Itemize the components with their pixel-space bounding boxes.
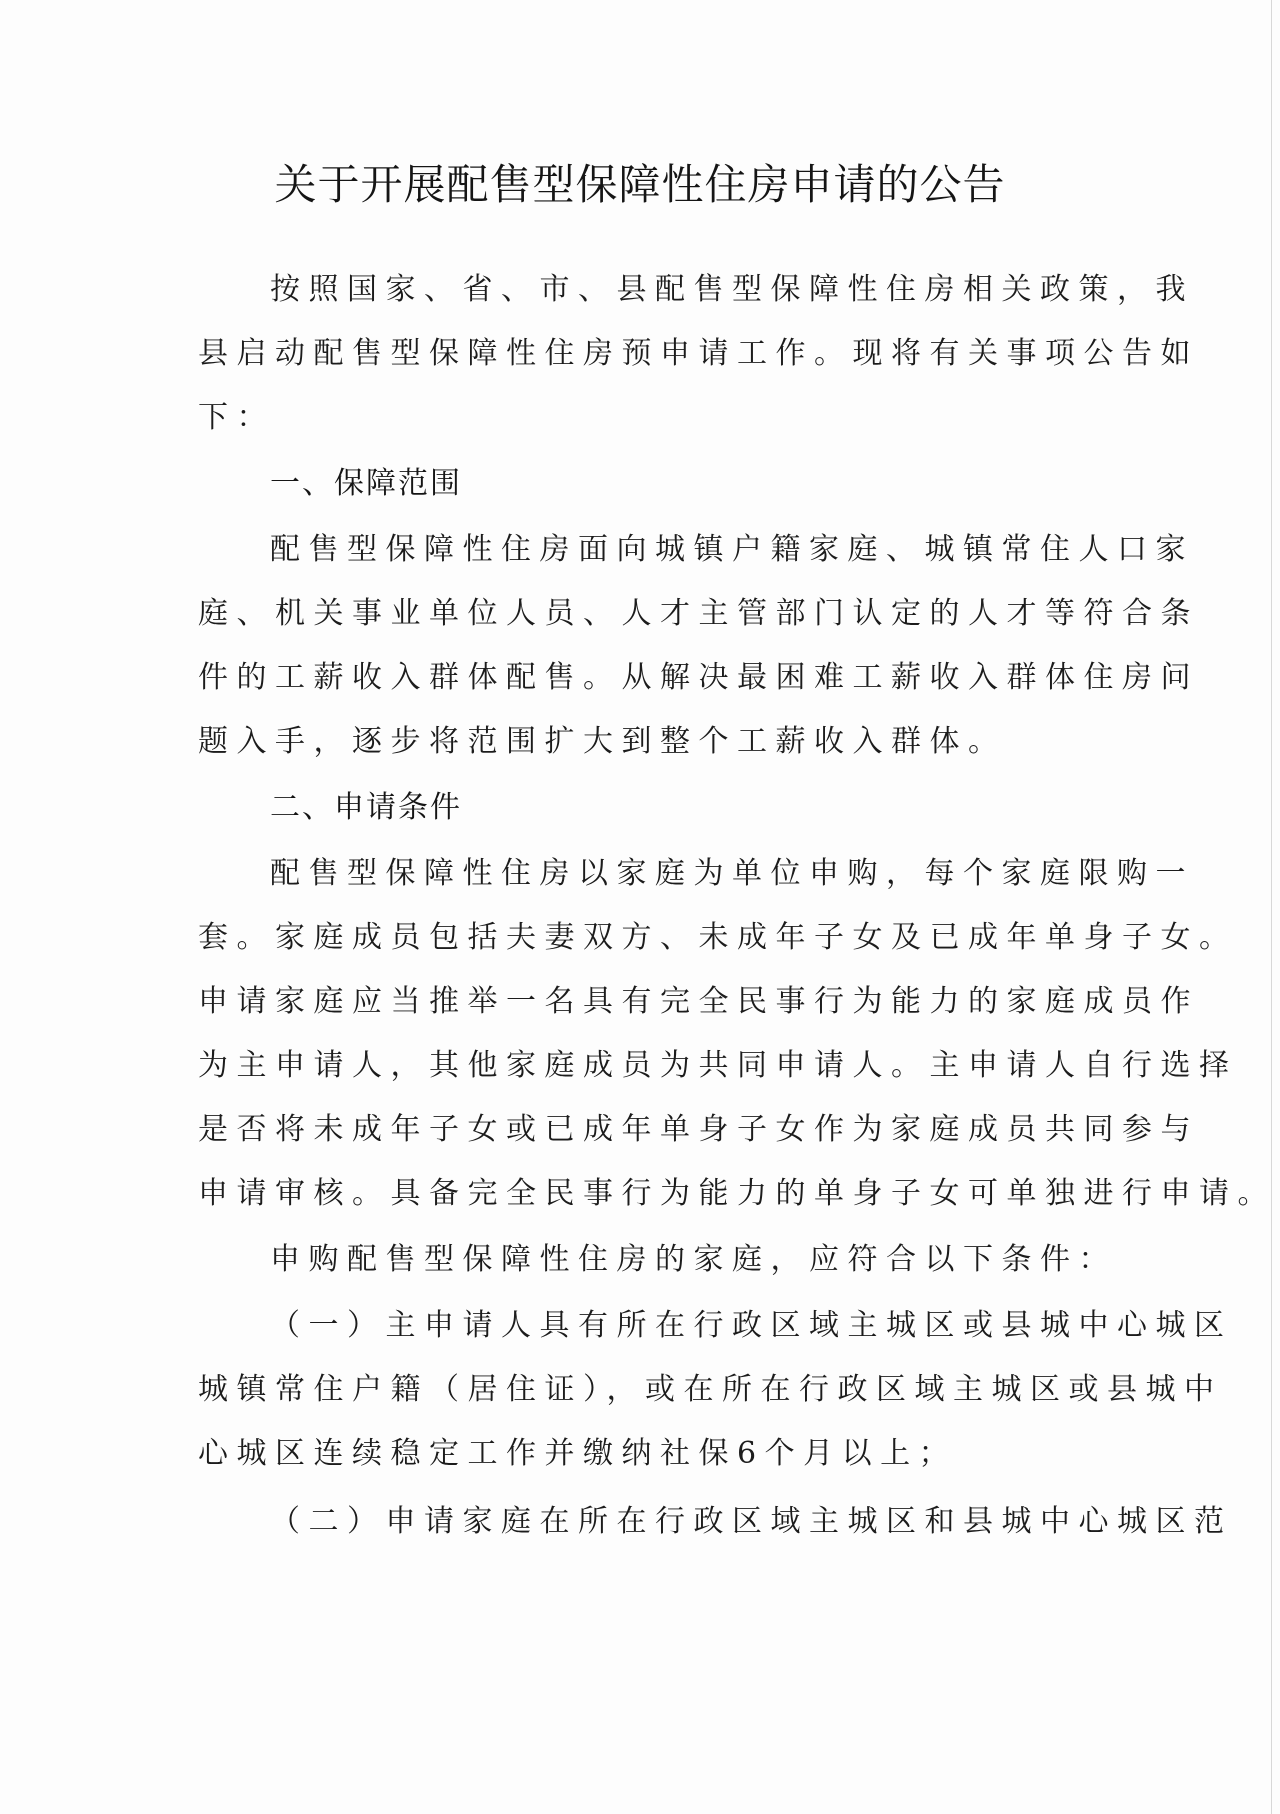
document-page: 关于开展配售型保障性住房申请的公告 按照国家、省、市、县配售型保障性住房相关政策…: [0, 0, 1280, 1814]
section-2-p1-line-4: 为主申请人，其他家庭成员为共同申请人。主申请人自行选择: [198, 1034, 1238, 1098]
section-1-line-4: 题入手，逐步将范围扩大到整个工薪收入群体。: [198, 710, 1007, 774]
section-1-line-2: 庭、机关事业单位人员、人才主管部门认定的人才等符合条: [198, 582, 1199, 646]
section-2-p1-line-1: 配售型保障性住房以家庭为单位申购，每个家庭限购一: [270, 842, 1194, 906]
section-2-p1-line-5: 是否将未成年子女或已成年单身子女作为家庭成员共同参与: [198, 1098, 1199, 1162]
intro-line-1: 按照国家、省、市、县配售型保障性住房相关政策，我: [270, 258, 1194, 322]
section-2-p1-line-2: 套。家庭成员包括夫妻双方、未成年子女及已成年单身子女。: [198, 906, 1238, 970]
section-1-line-3: 件的工薪收入群体配售。从解决最困难工薪收入群体住房问: [198, 646, 1199, 710]
section-2-p1-line-3: 申请家庭应当推举一名具有完全民事行为能力的家庭成员作: [198, 970, 1199, 1034]
section-1-heading: 一、保障范围: [270, 452, 462, 516]
section-2-p2-line-1: 申购配售型保障性住房的家庭，应符合以下条件：: [270, 1228, 1117, 1292]
section-1-line-1: 配售型保障性住房面向城镇户籍家庭、城镇常住人口家: [270, 518, 1194, 582]
page-edge-divider: [1271, 0, 1272, 1814]
condition-1-line-1: （一）主申请人具有所在行政区域主城区或县城中心城区: [270, 1294, 1233, 1358]
intro-line-2: 县启动配售型保障性住房预申请工作。现将有关事项公告如: [198, 322, 1199, 386]
condition-2-line-1: （二）申请家庭在所在行政区域主城区和县城中心城区范: [270, 1490, 1233, 1554]
section-2-p1-line-6: 申请审核。具备完全民事行为能力的单身子女可单独进行申请。: [198, 1162, 1276, 1226]
condition-1-line-3: 心城区连续稳定工作并缴纳社保6个月以上；: [198, 1422, 957, 1486]
intro-line-3: 下：: [198, 386, 275, 450]
section-2-heading: 二、申请条件: [270, 776, 462, 840]
document-title: 关于开展配售型保障性住房申请的公告: [0, 152, 1280, 212]
condition-1-line-2: 城镇常住户籍（居住证），或在所在行政区域主城区或县城中: [198, 1358, 1223, 1422]
